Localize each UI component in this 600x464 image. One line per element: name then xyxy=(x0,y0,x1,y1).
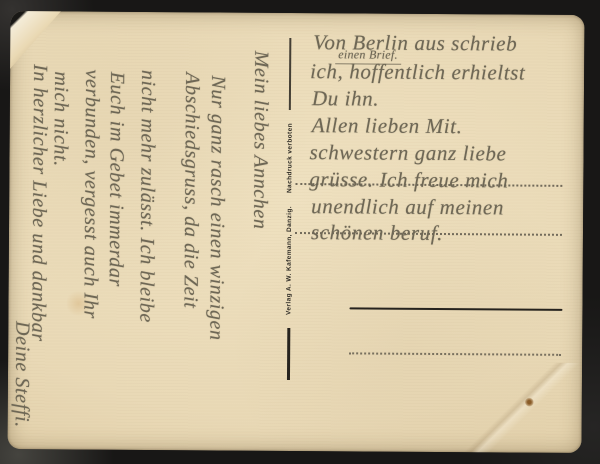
handwriting-line: mich nicht. xyxy=(48,71,72,167)
publisher-imprint: Verlag A. W. Kafemann, Danzig. Nachdruck… xyxy=(281,38,297,380)
handwriting-line: nicht mehr zulässt. Ich bleibe xyxy=(134,70,159,323)
scanner-background: Verlag A. W. Kafemann, Danzig. Nachdruck… xyxy=(0,0,600,464)
address-dotted-line xyxy=(349,352,561,355)
handwriting-line: grüsse. Ich freue mich xyxy=(309,167,508,193)
imprint-rule xyxy=(289,38,292,110)
handwriting-line: ich, hoffentlich erhieltst xyxy=(310,59,525,86)
handwriting-line: verbunden, vergesst auch Ihr xyxy=(78,69,103,318)
publisher-name: Verlag A. W. Kafemann, Danzig. xyxy=(285,206,293,315)
handwriting-line: Nur ganz rasch einen winzigen xyxy=(204,75,229,340)
handwriting-line: Euch im Gebet immerdar xyxy=(104,72,129,287)
handwritten-message-left: Mein liebes Annchen Nur ganz rasch einen… xyxy=(7,31,275,448)
handwriting-line: Allen lieben Mit. xyxy=(312,113,463,139)
postcard-back: Verlag A. W. Kafemann, Danzig. Nachdruck… xyxy=(7,11,584,453)
handwriting-line: Mein liebes Annchen xyxy=(248,51,272,230)
handwriting-line: schönen beruf. xyxy=(311,220,443,246)
address-solid-line xyxy=(349,307,562,310)
corner-crease xyxy=(445,362,584,453)
paper-stain xyxy=(525,398,534,407)
handwriting-line: In herzlicher Liebe und dankbar xyxy=(26,64,51,342)
handwriting-line: Du ihn. xyxy=(312,86,379,111)
handwriting-line: Abschiedsgruss, da die Zeit xyxy=(178,72,203,308)
handwriting-signature: Deine Steffi. xyxy=(10,321,34,428)
copyright-notice: Nachdruck verboten xyxy=(286,123,293,193)
imprint-rule xyxy=(286,328,289,380)
handwritten-message-right: Von Berlin aus schrieb einen Brief. ich,… xyxy=(309,28,583,262)
handwriting-line: schwestern ganz liebe xyxy=(309,140,506,166)
handwriting-line: unendlich auf meinen xyxy=(311,194,504,220)
